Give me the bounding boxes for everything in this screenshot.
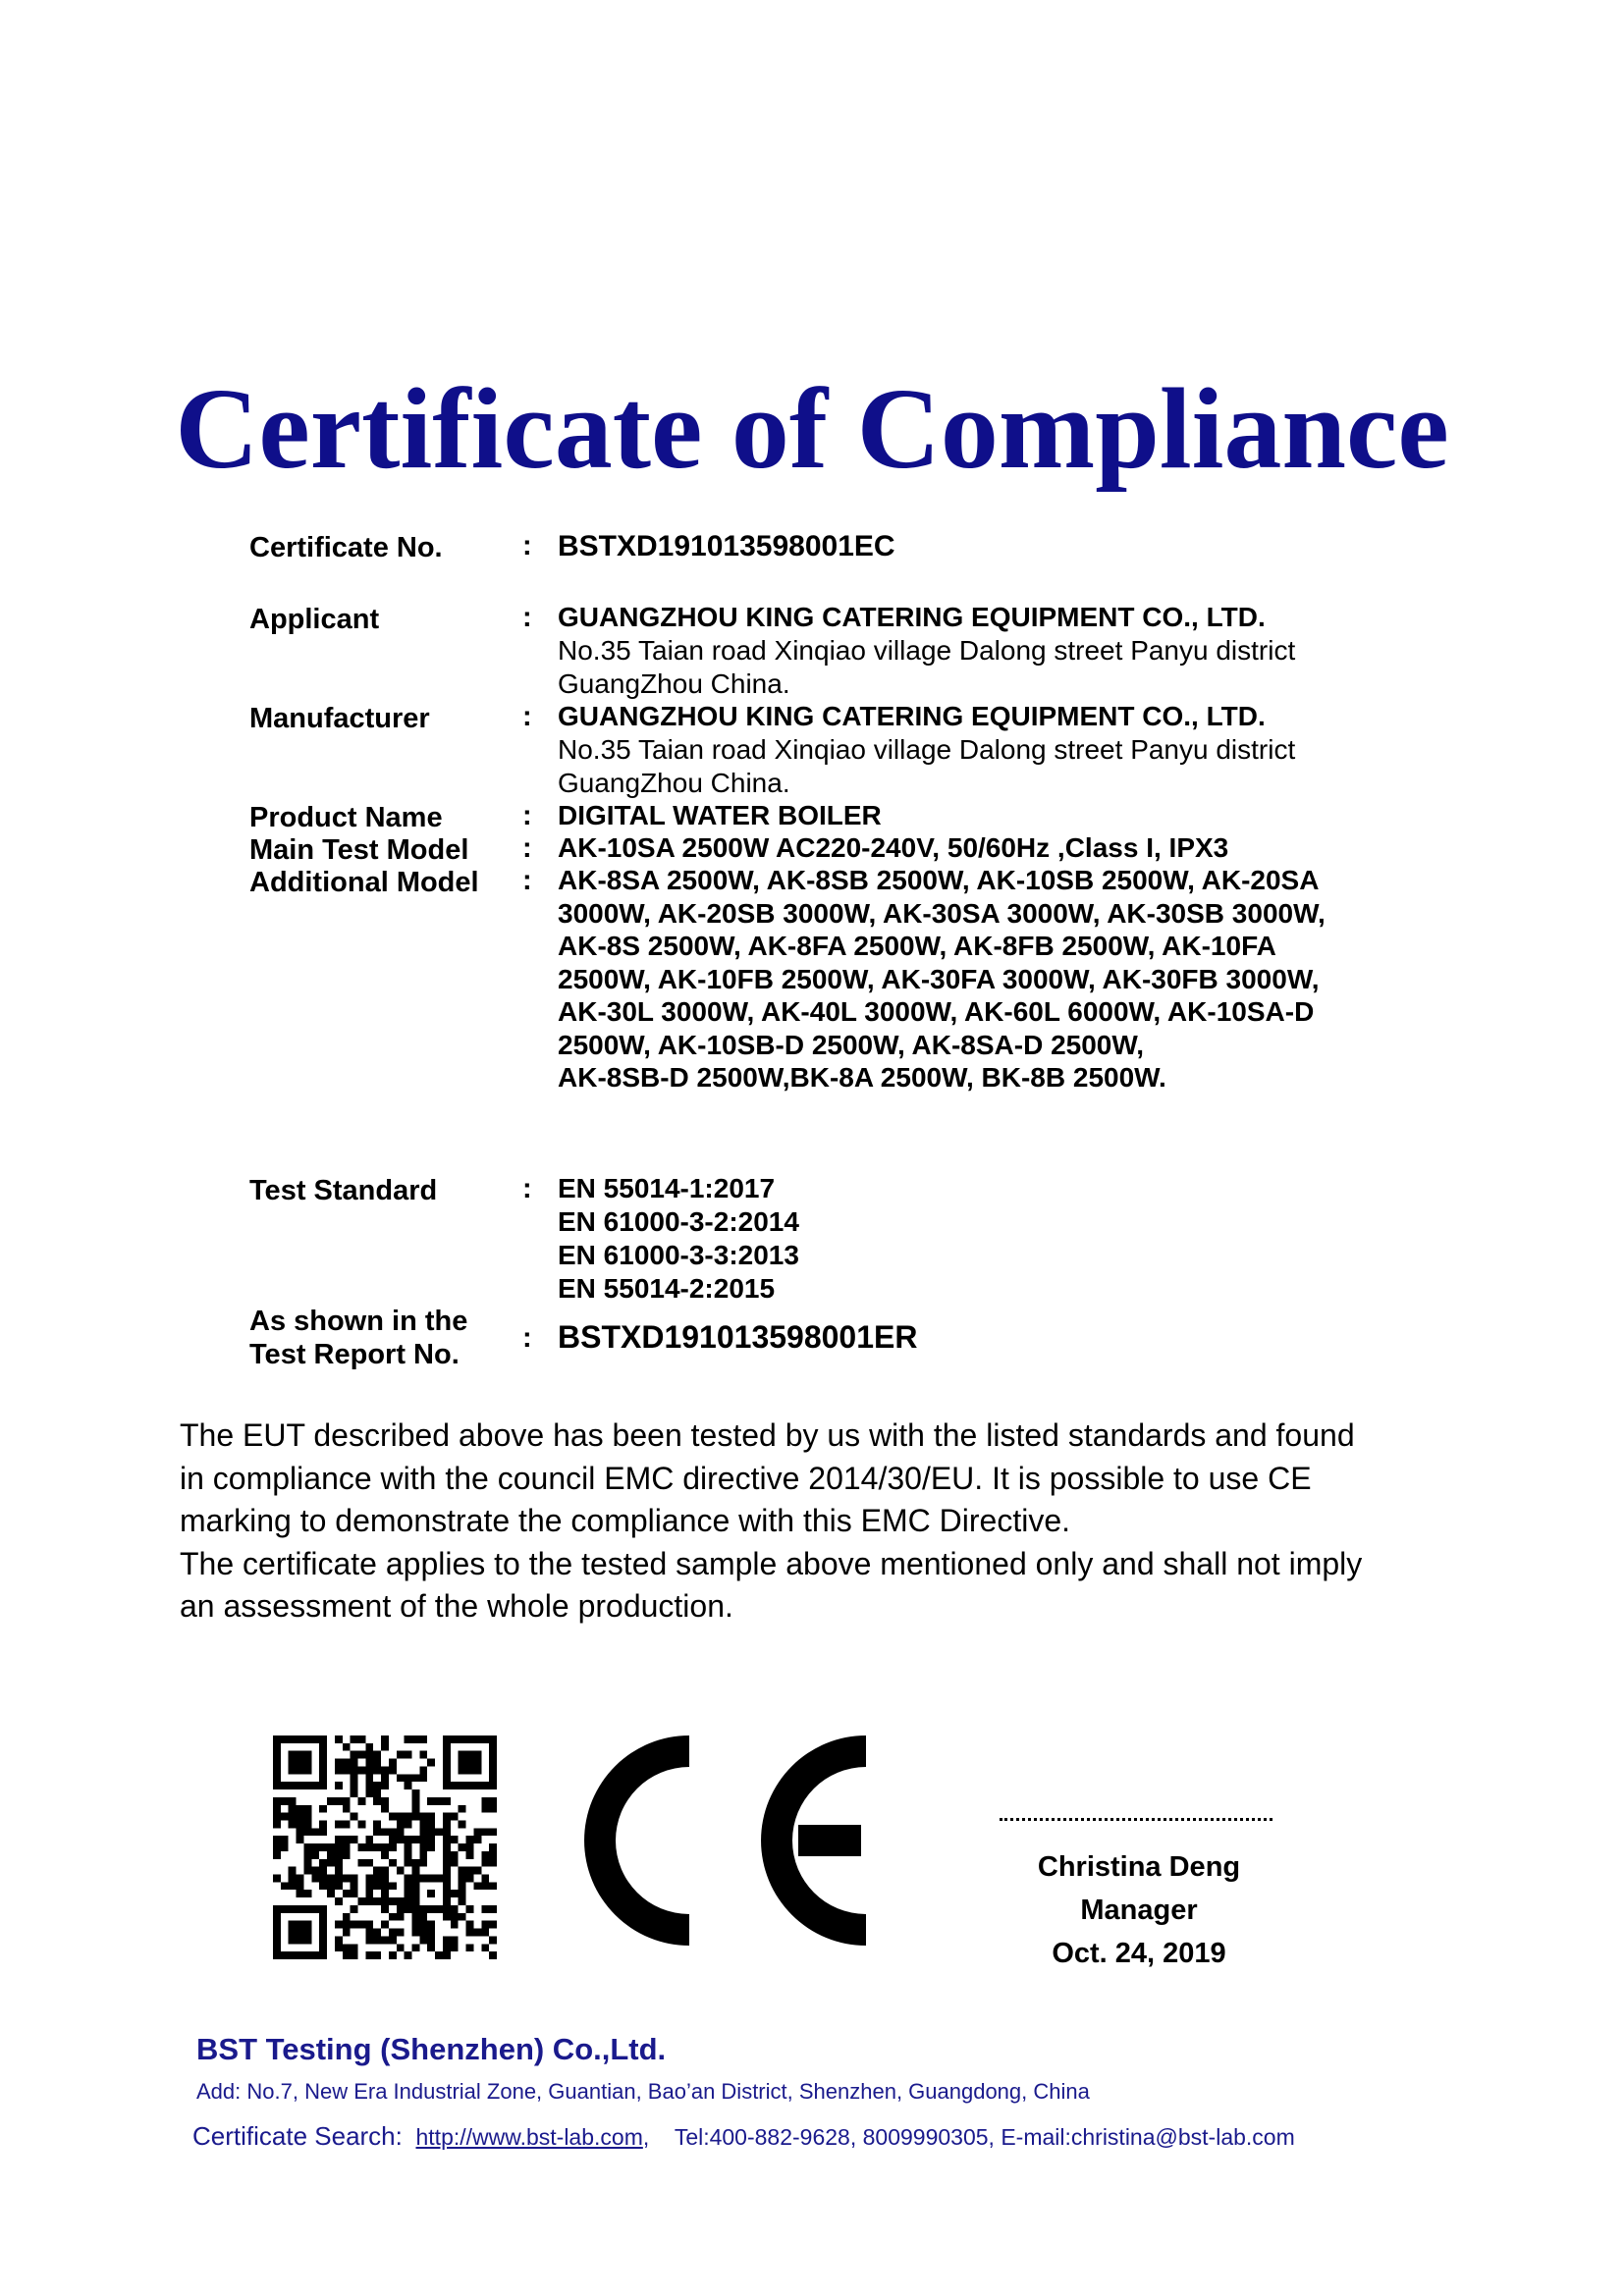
certificate-no-label: Certificate No. — [249, 531, 443, 564]
footer-address: Add: No.7, New Era Industrial Zone, Guan… — [196, 2077, 1090, 2107]
additional-model-line: 2500W, AK-10SB-D 2500W, AK-8SA-D 2500W, — [558, 1029, 1326, 1062]
statement-line: an assessment of the whole production. — [180, 1585, 1456, 1629]
separator: : — [522, 864, 532, 897]
separator: : — [522, 529, 532, 562]
qr-code-icon[interactable] — [273, 1735, 497, 1959]
manufacturer-label: Manufacturer — [249, 702, 430, 735]
test-standard-item: EN 55014-2:2015 — [558, 1272, 799, 1306]
manufacturer-company: GUANGZHOU KING CATERING EQUIPMENT CO., L… — [558, 700, 1295, 733]
main-test-model-label: Main Test Model — [249, 833, 468, 867]
compliance-statement: The EUT described above has been tested … — [180, 1415, 1456, 1629]
applicant-value: GUANGZHOU KING CATERING EQUIPMENT CO., L… — [558, 601, 1295, 701]
additional-model-value: AK-8SA 2500W, AK-8SB 2500W, AK-10SB 2500… — [558, 864, 1326, 1095]
ce-mark-icon — [574, 1735, 869, 1946]
manufacturer-value: GUANGZHOU KING CATERING EQUIPMENT CO., L… — [558, 700, 1295, 800]
applicant-label: Applicant — [249, 603, 379, 636]
product-name-label: Product Name — [249, 801, 443, 834]
certificate-search-link[interactable]: http://www.bst-lab.com — [416, 2124, 643, 2150]
footer-contact: Tel:400-882-9628, 8009990305, E-mail:chr… — [675, 2124, 1295, 2150]
statement-line: The EUT described above has been tested … — [180, 1415, 1456, 1458]
test-standard-item: EN 61000-3-3:2013 — [558, 1239, 799, 1272]
signatory-date: Oct. 24, 2019 — [982, 1932, 1296, 1975]
certificate-search-label: Certificate Search: — [192, 2121, 403, 2151]
additional-model-label: Additional Model — [249, 866, 479, 899]
additional-model-line: 2500W, AK-10FB 2500W, AK-30FA 3000W, AK-… — [558, 963, 1326, 996]
separator: : — [522, 601, 532, 634]
test-report-label-line: Test Report No. — [249, 1338, 467, 1371]
applicant-address-line: GuangZhou China. — [558, 667, 1295, 701]
test-report-value: BSTXD191013598001ER — [558, 1317, 917, 1357]
applicant-address-line: No.35 Taian road Xinqiao village Dalong … — [558, 634, 1295, 667]
additional-model-line: AK-30L 3000W, AK-40L 3000W, AK-60L 6000W… — [558, 995, 1326, 1029]
footer-company: BST Testing (Shenzhen) Co.,Ltd. — [196, 2030, 666, 2069]
document-title: Certificate of Compliance — [0, 365, 1624, 493]
manufacturer-address-line: No.35 Taian road Xinqiao village Dalong … — [558, 733, 1295, 767]
certificate-no-value: BSTXD191013598001EC — [558, 530, 895, 563]
test-report-label-line: As shown in the — [249, 1305, 467, 1338]
test-standard-label: Test Standard — [249, 1174, 437, 1207]
test-standard-item: EN 55014-1:2017 — [558, 1172, 799, 1205]
additional-model-line: 3000W, AK-20SB 3000W, AK-30SA 3000W, AK-… — [558, 897, 1326, 931]
test-report-label: As shown in the Test Report No. — [249, 1305, 467, 1371]
separator: : — [522, 1172, 532, 1205]
signatory-block: Christina Deng Manager Oct. 24, 2019 — [982, 1845, 1296, 1975]
additional-model-line: AK-8SA 2500W, AK-8SB 2500W, AK-10SB 2500… — [558, 864, 1326, 897]
additional-model-line: AK-8SB-D 2500W,BK-8A 2500W, BK-8B 2500W. — [558, 1061, 1326, 1095]
test-standard-value: EN 55014-1:2017 EN 61000-3-2:2014 EN 610… — [558, 1172, 799, 1306]
test-standard-item: EN 61000-3-2:2014 — [558, 1205, 799, 1239]
statement-line: in compliance with the council EMC direc… — [180, 1458, 1456, 1501]
separator: : — [522, 1321, 532, 1355]
manufacturer-address-line: GuangZhou China. — [558, 767, 1295, 800]
main-test-model-value: AK-10SA 2500W AC220-240V, 50/60Hz ,Class… — [558, 831, 1228, 865]
statement-line: The certificate applies to the tested sa… — [180, 1543, 1456, 1586]
separator: : — [522, 700, 532, 733]
product-name-value: DIGITAL WATER BOILER — [558, 799, 882, 832]
separator: : — [522, 799, 532, 832]
signature-line — [1000, 1818, 1272, 1821]
additional-model-line: AK-8S 2500W, AK-8FA 2500W, AK-8FB 2500W,… — [558, 930, 1326, 963]
applicant-company: GUANGZHOU KING CATERING EQUIPMENT CO., L… — [558, 601, 1295, 634]
footer-search: Certificate Search: http://www.bst-lab.c… — [192, 2118, 1295, 2155]
statement-line: marking to demonstrate the compliance wi… — [180, 1500, 1456, 1543]
separator: : — [522, 831, 532, 865]
signatory-title: Manager — [982, 1889, 1296, 1932]
signatory-name: Christina Deng — [982, 1845, 1296, 1889]
